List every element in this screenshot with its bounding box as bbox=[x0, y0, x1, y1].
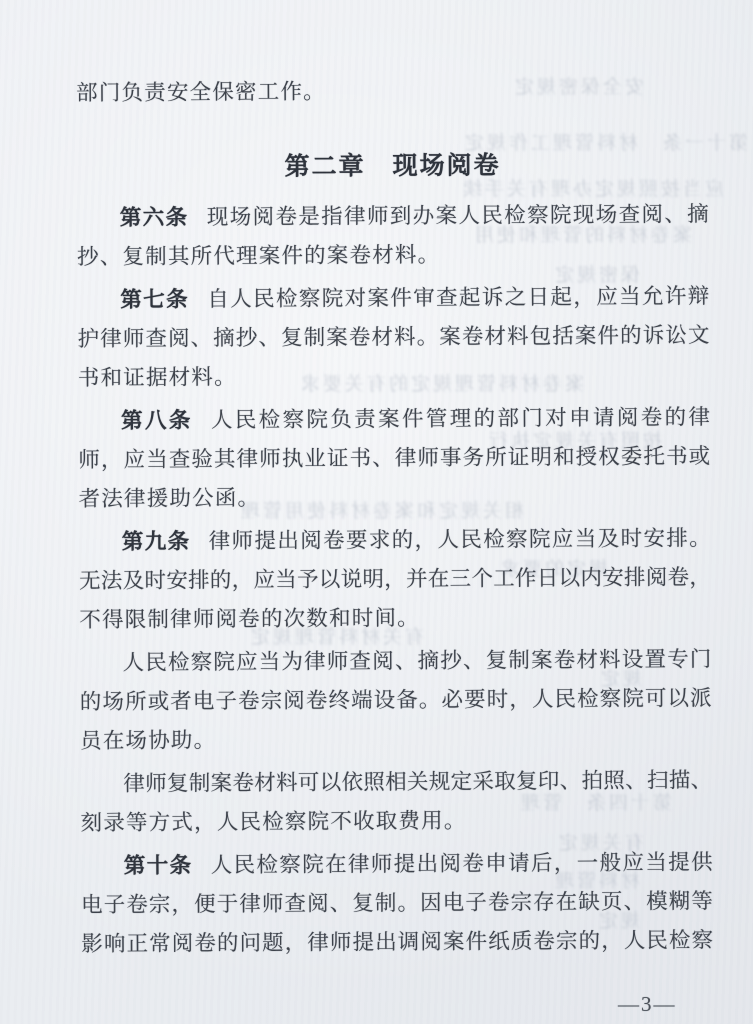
line-text: 抄、复制其所代理案件的案卷材料。 bbox=[77, 243, 440, 269]
line-text: 员在场协助。 bbox=[80, 728, 216, 753]
line-text: 影响正常阅卷的问题，律师提出调阅案件纸质卷宗的，人民检察 bbox=[81, 928, 713, 956]
text-line: 的场所或者电子卷宗阅卷终端设备。必要时，人民检察院可以派 bbox=[80, 679, 712, 722]
text-line: 电子卷宗，便于律师查阅、复制。因电子卷宗存在缺页、模糊等 bbox=[81, 882, 713, 925]
text-line: 者法律援助公函。 bbox=[78, 476, 710, 519]
text-line: 不得限制律师阅卷的次数和时间。 bbox=[79, 597, 711, 640]
text-line: 第七条自人民检察院对案件审查起诉之日起，应当允许辩 bbox=[77, 277, 709, 320]
chapter-heading: 第二章 现场阅卷 bbox=[76, 142, 708, 190]
page-number: —3— bbox=[618, 992, 677, 1017]
line-text: 书和证据材料。 bbox=[78, 365, 237, 390]
article-number: 第六条 bbox=[120, 205, 189, 229]
line-text: 人民检察院负责案件管理的部门对申请阅卷的律 bbox=[211, 405, 710, 432]
article-number: 第九条 bbox=[122, 529, 191, 553]
document-body: 部门负责安全保密工作。 第二章 现场阅卷 第六条现场阅卷是指律师到办案人民检察院… bbox=[76, 70, 713, 964]
line-text: 刻录等方式，人民检察院不收取费用。 bbox=[81, 809, 467, 835]
text-line: 师，应当查验其律师执业证书、律师事务所证明和授权委托书或 bbox=[78, 437, 710, 480]
line-text: 不得限制律师阅卷的次数和时间。 bbox=[79, 606, 420, 632]
text-line: 第八条人民检察院负责案件管理的部门对申请阅卷的律 bbox=[78, 398, 710, 441]
text-line: 第九条律师提出阅卷要求的，人民检察院应当及时安排。 bbox=[79, 519, 711, 562]
article-number: 第八条 bbox=[121, 408, 193, 432]
text-line: 律师复制案卷材料可以依照相关规定采取复印、拍照、扫描、 bbox=[80, 761, 712, 804]
line-text: 的场所或者电子卷宗阅卷终端设备。必要时，人民检察院可以派 bbox=[80, 686, 712, 714]
line-text: 律师提出阅卷要求的，人民检察院应当及时安排。 bbox=[209, 526, 711, 553]
text-line: 书和证据材料。 bbox=[78, 355, 710, 398]
text-line: 部门负责安全保密工作。 bbox=[76, 70, 708, 113]
text-line: 影响正常阅卷的问题，律师提出调阅案件纸质卷宗的，人民检察 bbox=[81, 921, 713, 964]
line-text: 现场阅卷是指律师到办案人民检察院现场查阅、摘 bbox=[207, 202, 709, 229]
line-text: 电子卷宗，便于律师查阅、复制。因电子卷宗存在缺页、模糊等 bbox=[81, 889, 713, 917]
line-text: 自人民检察院对案件审查起诉之日起，应当允许辩 bbox=[207, 284, 709, 311]
line-text: 者法律援助公函。 bbox=[79, 486, 261, 511]
article-number: 第七条 bbox=[120, 287, 189, 311]
line-text: 人民检察院在律师提出阅卷申请后，一般应当提供 bbox=[211, 850, 713, 877]
line-text: 护律师查阅、摘抄、复制案卷材料。案卷材料包括案件的诉讼文 bbox=[78, 323, 710, 351]
text-line: 抄、复制其所代理案件的案卷材料。 bbox=[77, 234, 709, 277]
article-number: 第十条 bbox=[124, 853, 193, 877]
text-line: 刻录等方式，人民检察院不收取费用。 bbox=[80, 800, 712, 843]
line-text: 部门负责安全保密工作。 bbox=[76, 79, 326, 105]
document-page: 安全保密规定 第十一条 材料管理工作规定 应当按照规定办理有关手续 案卷材料的管… bbox=[0, 0, 753, 1024]
line-text: 人民检察院应当为律师查阅、摘抄、复制案卷材料设置专门 bbox=[123, 647, 712, 675]
text-line: 第十条人民检察院在律师提出阅卷申请后，一般应当提供 bbox=[81, 843, 713, 886]
text-line: 人民检察院应当为律师查阅、摘抄、复制案卷材料设置专门 bbox=[79, 640, 711, 683]
text-line: 员在场协助。 bbox=[80, 718, 712, 761]
text-line: 护律师查阅、摘抄、复制案卷材料。案卷材料包括案件的诉讼文 bbox=[78, 316, 710, 359]
text-line: 无法及时安排的，应当予以说明，并在三个工作日以内安排阅卷， bbox=[79, 558, 711, 601]
line-text: 律师复制案卷材料可以依照相关规定采取复印、拍照、扫描、 bbox=[123, 768, 712, 796]
line-text: 无法及时安排的，应当予以说明，并在三个工作日以内安排阅卷， bbox=[79, 565, 711, 593]
line-text: 师，应当查验其律师执业证书、律师事务所证明和授权委托书或 bbox=[78, 444, 710, 472]
text-line: 第六条现场阅卷是指律师到办案人民检察院现场查阅、摘 bbox=[77, 195, 709, 238]
